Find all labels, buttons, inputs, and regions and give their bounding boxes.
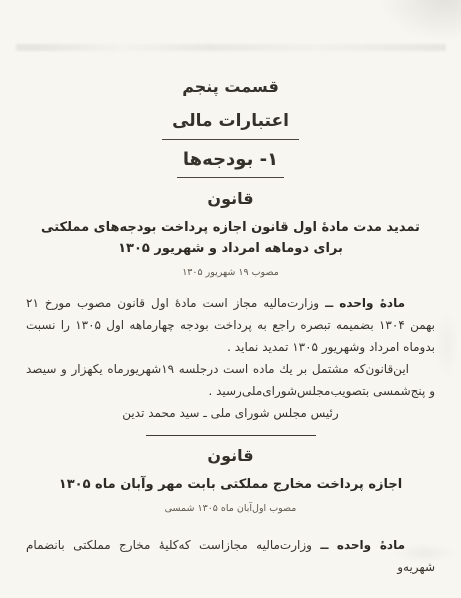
law2-article-paragraph: مادۀ واحده ــ وزارت‌مالیه مجازاست که‌کلی… <box>26 534 435 578</box>
subsection-heading-text: ۱- بودجه‌ها <box>177 147 284 178</box>
law1-approval-note: مصوب ۱۹ شهریور ۱۳۰۵ <box>26 267 435 279</box>
law2-article-dash: ــ <box>320 538 328 552</box>
law1-kind-heading: قانون <box>26 188 435 210</box>
law2-title: اجازه پرداخت مخارج مملکتی بابت مهر وآبان… <box>26 474 435 495</box>
law2-kind-heading: قانون <box>26 445 435 467</box>
document-content: قسمت پنجم اعتبارات مالی ۱- بودجه‌ها قانو… <box>0 0 461 578</box>
law1-ratification-paragraph: این‌قانون‌که مشتمل بر یك ماده است درجلسه… <box>26 358 435 402</box>
law1-title-line1: تمدید مدت مادۀ اول قانون اجازه پرداخت بو… <box>26 217 435 238</box>
law1-article-paragraph: مادۀ واحده ــ وزارت‌مالیه مجاز است مادۀ … <box>26 292 435 358</box>
law1-article-label: مادۀ واحده <box>339 296 405 310</box>
section-heading: اعتبارات مالی <box>26 109 435 140</box>
law1-title-line2: برای دوماهه امرداد و شهریور ۱۳۰۵ <box>26 238 435 259</box>
section-heading-text: اعتبارات مالی <box>162 109 299 140</box>
section-divider <box>146 435 316 436</box>
scanned-document-page: قسمت پنجم اعتبارات مالی ۱- بودجه‌ها قانو… <box>0 0 461 598</box>
law2-article-label: مادۀ واحده <box>337 538 405 552</box>
law1-signature-line: رئیس مجلس شورای ملی ـ سید محمد تدین <box>26 405 435 421</box>
subsection-heading: ۱- بودجه‌ها <box>26 147 435 178</box>
law1-article-dash: ــ <box>325 296 333 310</box>
law2-approval-note: مصوب اول‌آبان ماه ۱۳۰۵ شمسی <box>26 503 435 515</box>
part-heading: قسمت پنجم <box>26 0 435 98</box>
law1-title: تمدید مدت مادۀ اول قانون اجازه پرداخت بو… <box>26 217 435 259</box>
